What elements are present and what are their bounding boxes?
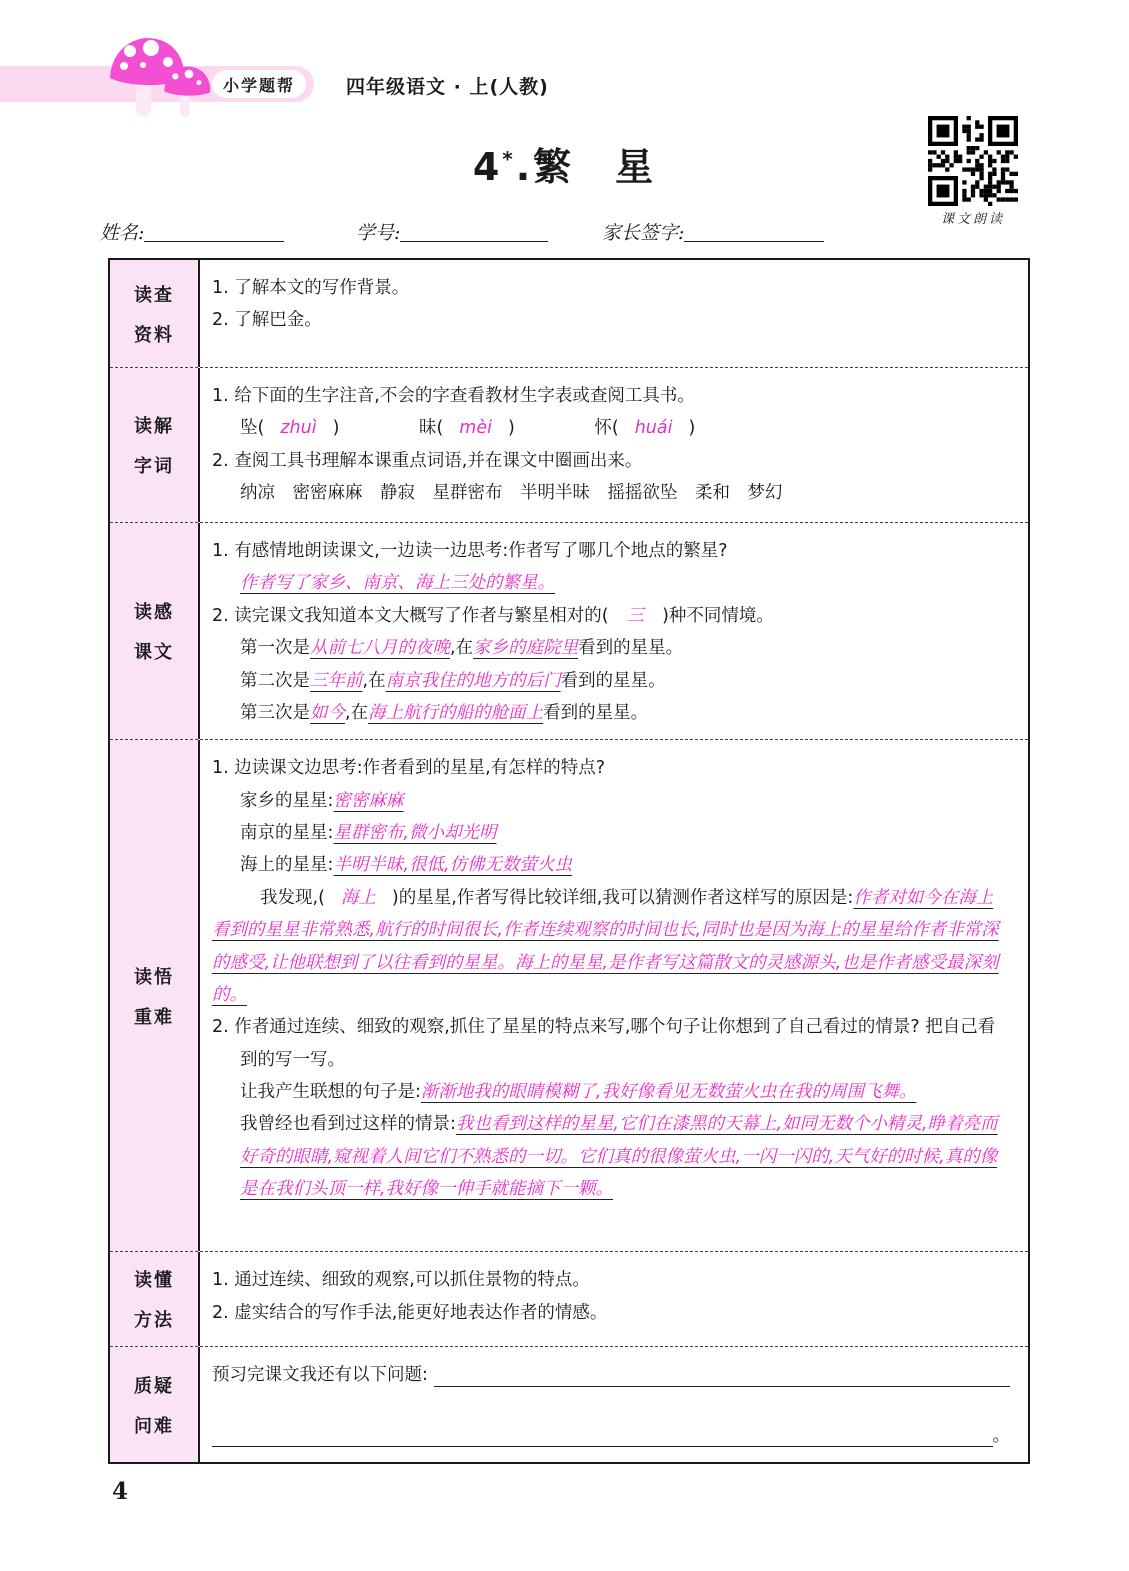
parent-sign-label: 家长签字: [602,222,684,244]
word-list: 纳凉 密密麻麻 静寂 星群密布 半明半昧 摇摇欲坠 柔和 梦幻 [212,477,1010,509]
fill-pre: 海上的星星: [240,855,333,875]
label-line: 资料 [134,321,174,347]
fill-line: 第一次是从前七八月的夜晚,在家乡的庭院里看到的星星。 [212,632,1010,664]
label-line: 字词 [134,452,174,478]
fill-line: 海上的星星:半明半昧,很低,仿佛无数萤火虫 [212,849,1010,881]
qr-code [928,116,1018,206]
row-method-content: 1. 通过连续、细致的观察,可以抓住景物的特点。 2. 虚实结合的写作手法,能更… [200,1252,1028,1346]
label-line: 读悟 [134,963,174,989]
question-text: 2. 读完课文我知道本文大概写了作者与繁星相对的(三)种不同情境。 [212,600,1010,632]
row-questions-content: 预习完课文我还有以下问题: 。 [200,1347,1028,1462]
lesson-number: 4 [473,145,502,189]
fill-post: 看到的星星。 [561,671,666,691]
fill-line: 我曾经也看到过这样的情景:我也看到这样的星星,它们在漆黑的天幕上,如同无数个小精… [212,1108,1010,1205]
answer-text: 密密麻麻 [333,791,403,811]
row-questions: 质疑 问难 预习完课文我还有以下问题: 。 [110,1346,1028,1462]
character: 昧( [419,418,443,438]
row-research-label: 读查 资料 [110,260,200,367]
row-reading-content: 1. 有感情地朗读课文,一边读一边思考:作者写了哪几个地点的繁星? 作者写了家乡… [200,523,1028,739]
fill-post: 看到的星星。 [578,638,683,658]
period: 。 [993,1420,1011,1452]
fill-pre: 家乡的星星: [240,791,333,811]
answer-text: 家乡的庭院里 [473,638,578,658]
label-line: 读感 [134,598,174,624]
lesson-name: 繁 星 [533,145,656,189]
question-post: )种不同情境。 [662,606,774,626]
answer-text: 星群密布,微小却光明 [333,823,496,843]
fill-post: 看到的星星。 [543,703,648,723]
row-key-points: 读悟 重难 1. 边读课文边思考:作者看到的星星,有怎样的特点? 家乡的星星:密… [110,739,1028,1251]
answer-text: 三 [609,606,663,626]
question-text: 2. 查阅工具书理解本课重点词语,并在课文中圈画出来。 [212,445,1010,477]
fill-pre: 第二次是 [240,671,310,691]
question-pre: 2. 读完课文我知道本文大概写了作者与繁星相对的( [212,606,609,626]
brand-badge: 小学题帮 [212,70,306,98]
label-line: 质疑 [134,1372,174,1398]
answer-line: 作者写了家乡、南京、海上三处的繁星。 [212,567,1010,599]
fill-pre: 第三次是 [240,703,310,723]
row-key-points-content: 1. 边读课文边思考:作者看到的星星,有怎样的特点? 家乡的星星:密密麻麻 南京… [200,740,1028,1251]
item-text: 1. 了解本文的写作背景。 [212,272,1010,304]
lesson-star: * [502,147,515,171]
question-blank[interactable] [434,1385,1010,1387]
student-id-field: 学号: [356,218,548,245]
row-questions-label: 质疑 问难 [110,1347,200,1462]
character: 坠( [240,418,264,438]
answer-text: 作者写了家乡、南京、海上三处的繁星。 [240,573,555,593]
name-label: 姓名: [100,222,144,244]
answer-text: 南京我住的地方的后门 [386,671,561,691]
question-post: )的星星,作者写得比较详细,我可以猜测作者这样写的原因是: [392,888,853,908]
row-research-content: 1. 了解本文的写作背景。 2. 了解巴金。 [200,260,1028,367]
item-text: 1. 通过连续、细致的观察,可以抓住景物的特点。 [212,1264,1010,1296]
paren: ) [333,418,340,438]
edition-label: 四年级语文 · 上(人教) [346,72,549,99]
student-id-label: 学号: [356,222,400,244]
discovery-paragraph: 我发现,(海上)的星星,作者写得比较详细,我可以猜测作者这样写的原因是:作者对如… [212,882,1010,1012]
answer-text: 海上航行的船的舱面上 [368,703,543,723]
answer-text: 如今 [310,703,345,723]
fill-pre: 南京的星星: [240,823,333,843]
answer-text: 半明半昧,很低,仿佛无数萤火虫 [333,855,572,875]
lesson-dot: . [516,145,533,189]
row-reading-label: 读感 课文 [110,523,200,739]
answer-text: 从前七八月的夜晚 [310,638,450,658]
fill-line: 第三次是如今,在海上航行的船的舱面上看到的星星。 [212,697,1010,729]
fill-mid: ,在 [345,703,368,723]
fill-line: 第二次是三年前,在南京我住的地方的后门看到的星星。 [212,665,1010,697]
fill-line: 南京的星星:星群密布,微小却光明 [212,817,1010,849]
question-pre: 我发现,( [260,888,325,908]
pinyin-answer: huái [619,418,689,438]
item-text: 2. 了解巴金。 [212,304,1010,336]
row-method: 读懂 方法 1. 通过连续、细致的观察,可以抓住景物的特点。 2. 虚实结合的写… [110,1251,1028,1346]
name-blank[interactable] [144,222,284,242]
question-blank-line: 。 [212,1420,1010,1452]
label-line: 问难 [134,1412,174,1438]
question-prompt-line: 预习完课文我还有以下问题: [212,1359,1010,1391]
worksheet-page: 小学题帮 四年级语文 · 上(人教) 4*.繁 星 课文朗读 姓名: 学号: 家… [0,0,1129,1571]
pinyin-item: 怀(huái) [594,418,695,438]
row-reading: 读感 课文 1. 有感情地朗读课文,一边读一边思考:作者写了哪几个地点的繁星? … [110,522,1028,739]
label-line: 读查 [134,281,174,307]
answer-text: 海上 [325,888,392,908]
answer-text: 三年前 [310,671,363,691]
question-blank[interactable] [212,1445,993,1447]
answer-text: 渐渐地我的眼睛模糊了,我好像看见无数萤火虫在我的周围飞舞。 [421,1082,917,1102]
pinyin-item: 昧(mèi) [419,418,515,438]
paren: ) [689,418,696,438]
question-text: 1. 给下面的生字注音,不会的字查看教材生字表或查阅工具书。 [212,380,1010,412]
name-field: 姓名: [100,218,284,245]
question-text: 1. 有感情地朗读课文,一边读一边思考:作者写了哪几个地点的繁星? [212,535,1010,567]
fill-pre: 让我产生联想的句子是: [240,1082,421,1102]
item-text: 2. 虚实结合的写作手法,能更好地表达作者的情感。 [212,1297,1010,1329]
row-key-points-label: 读悟 重难 [110,740,200,1251]
paren: ) [508,418,515,438]
label-line: 读懂 [134,1266,174,1292]
row-words-content: 1. 给下面的生字注音,不会的字查看教材生字表或查阅工具书。 坠(zhuì) 昧… [200,368,1028,522]
worksheet-table: 读查 资料 1. 了解本文的写作背景。 2. 了解巴金。 读解 字词 1. 给下… [108,258,1030,1464]
brand-label: 小学题帮 [223,73,295,96]
row-words: 读解 字词 1. 给下面的生字注音,不会的字查看教材生字表或查阅工具书。 坠(z… [110,367,1028,522]
question-prompt: 预习完课文我还有以下问题: [212,1359,428,1391]
mushroom-logo-icon [100,34,230,130]
fill-mid: ,在 [450,638,473,658]
label-line: 读解 [134,412,174,438]
label-line: 重难 [134,1003,174,1029]
fill-line: 让我产生联想的句子是:渐渐地我的眼睛模糊了,我好像看见无数萤火虫在我的周围飞舞。 [212,1076,1010,1108]
question-text: 2. 作者通过连续、细致的观察,抓住了星星的特点来写,哪个句子让你想到了自己看过… [212,1011,1010,1076]
fill-mid: ,在 [363,671,386,691]
pinyin-answer: zhuì [264,418,332,438]
question-text: 1. 边读课文边思考:作者看到的星星,有怎样的特点? [212,752,1010,784]
fill-pre: 我曾经也看到过这样的情景: [240,1114,456,1134]
label-line: 方法 [134,1306,174,1332]
pinyin-item: 坠(zhuì) [240,418,339,438]
character: 怀( [594,418,618,438]
label-line: 课文 [134,638,174,664]
student-id-blank[interactable] [400,222,548,242]
student-info-row: 姓名: 学号: 家长签字: [0,218,1129,250]
fill-line: 家乡的星星:密密麻麻 [212,785,1010,817]
pinyin-answer: mèi [443,418,508,438]
fill-pre: 第一次是 [240,638,310,658]
parent-sign-blank[interactable] [684,222,824,242]
row-research: 读查 资料 1. 了解本文的写作背景。 2. 了解巴金。 [110,260,1028,367]
row-words-label: 读解 字词 [110,368,200,522]
pinyin-line: 坠(zhuì) 昧(mèi) 怀(huái) [212,412,1010,444]
row-method-label: 读懂 方法 [110,1252,200,1346]
parent-sign-field: 家长签字: [602,218,824,245]
page-number: 4 [112,1478,128,1505]
